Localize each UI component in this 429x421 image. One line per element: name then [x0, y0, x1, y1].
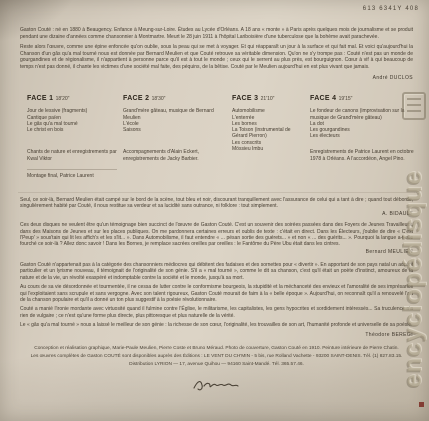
encyclopedisque-watermark: encyclopédisque: [399, 136, 428, 388]
face-2-column: FACE 2 18'30" Grand'mère gâteau, musique…: [123, 96, 225, 162]
track: Mössieu Imbu: [232, 146, 304, 152]
testimonial-meulien: Ces deux disques ne veulent être qu'un t…: [20, 222, 413, 255]
presentation-paragraph: Reste alors l'œuvre, comme une épine enf…: [20, 44, 413, 70]
credits-line: Distribution LYRION — 17, avenue Quihou …: [30, 361, 403, 369]
face-1-credit: Chants de nature et enregistrements par …: [27, 149, 117, 162]
track: Le christ en bois: [27, 127, 117, 133]
face-1-title: FACE 1 18'20": [27, 96, 117, 102]
record-sleeve-back: 613 6341Y 408 Gaston Couté : né en 1880 …: [0, 0, 429, 421]
encyclopedisque-logo-icon: [402, 92, 426, 120]
face-2-duration: 18'30": [152, 96, 166, 102]
credits-line: Les œuvres complètes de Gaston COUTÉ son…: [30, 353, 403, 361]
credits-footer: Conception et réalisation graphique, Mar…: [30, 345, 403, 370]
testimonial-signature: A. BIDAULT: [20, 211, 413, 217]
testimonial-text: Ces deux disques ne veulent être qu'un t…: [20, 222, 413, 248]
face-1-montage-credit: Montage final, Patrice Laurent: [27, 169, 117, 179]
face-1-column: FACE 1 18'20" Jour de lessive (fragments…: [27, 96, 117, 179]
section-divider: [18, 192, 415, 193]
testimonial-bidault: Seul, ce soir-là, Bernard Meulien était …: [20, 197, 413, 217]
face-4-label: FACE 4: [310, 95, 336, 102]
tracklist-section: FACE 1 18'20" Jour de lessive (fragments…: [0, 96, 429, 192]
face-3-duration: 21'10": [261, 96, 275, 102]
testimonial-text: Seul, ce soir-là, Bernard Meulien était …: [20, 197, 413, 210]
intro-text: Gaston Couté : né en 1880 à Beaugency. E…: [20, 27, 413, 81]
bio-paragraph: Gaston Couté : né en 1880 à Beaugency. E…: [20, 27, 413, 40]
face-2-title: FACE 2 18'30": [123, 96, 225, 102]
track: Saisons: [123, 127, 225, 133]
lyrion-script-logo: [192, 374, 240, 399]
essay-paragraph: Couté a manié l'ironie mordante avec vir…: [20, 306, 413, 319]
face-3-tracks: Automobilisme L'enterrée Les bornes La T…: [232, 108, 304, 152]
catalog-number: 613 6341Y 408: [363, 6, 419, 12]
testimonial-signature: Bernard MEULIEN: [20, 249, 413, 255]
essay-signature: Théodore BEREGI: [20, 332, 413, 338]
intro-signature: André DUCLOS: [20, 75, 413, 82]
face-3-title: FACE 3 21'10": [232, 96, 304, 102]
track: La Toison (instrumental de Gérard Pierro…: [232, 127, 304, 140]
essay-section: Gaston Couté n'appartenait pas à la caté…: [20, 262, 413, 338]
face-1-label: FACE 1: [27, 95, 53, 102]
face-2-credit: Accompagnements d'Alain Eckert, enregist…: [123, 149, 225, 162]
credits-line: Conception et réalisation graphique, Mar…: [30, 345, 403, 353]
face-2-label: FACE 2: [123, 95, 149, 102]
face-1-duration: 18'20": [56, 96, 70, 102]
red-corner-mark: [419, 402, 424, 407]
essay-paragraph: Gaston Couté n'appartenait pas à la caté…: [20, 262, 413, 281]
face-4-duration: 19'15": [339, 96, 353, 102]
essay-paragraph: Au cours de sa vie désordonnée et tourme…: [20, 284, 413, 303]
testimonials-section: Seul, ce soir-là, Bernard Meulien était …: [20, 197, 413, 260]
track: Grand'mère gâteau, musique de Bernard Me…: [123, 108, 225, 121]
face-1-tracks: Jour de lessive (fragments) Cantique paï…: [27, 108, 117, 146]
face-2-tracks: Grand'mère gâteau, musique de Bernard Me…: [123, 108, 225, 146]
face-3-label: FACE 3: [232, 95, 258, 102]
face-3-column: FACE 3 21'10" Automobilisme L'enterrée L…: [232, 96, 304, 152]
essay-paragraph: Le « gâs qu'a mal tourné » nous a laissé…: [20, 322, 413, 328]
